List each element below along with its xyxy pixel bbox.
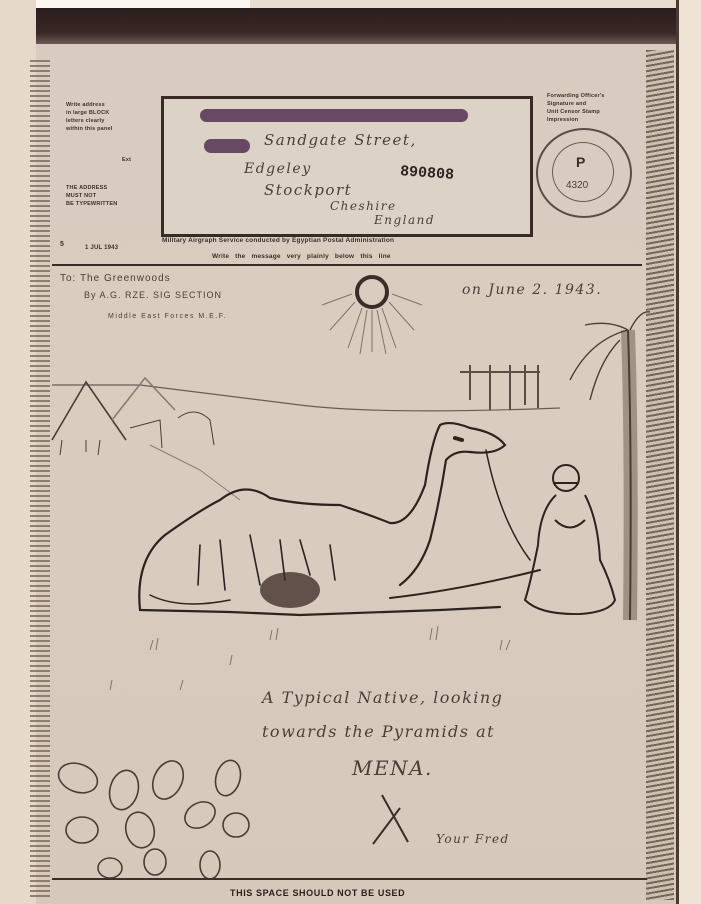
camel-icon — [139, 423, 540, 615]
seated-native-icon — [525, 465, 615, 614]
kiss-mark — [373, 795, 408, 844]
bottom-note: THIS SPACE SHOULD NOT BE USED — [230, 888, 405, 898]
desert-illustration — [0, 0, 701, 904]
cactus-icon — [54, 756, 249, 879]
palm-tree-icon — [570, 312, 650, 620]
pyramids-icon — [52, 378, 240, 500]
distant-trees-icon — [460, 365, 540, 410]
message-line-2: towards the Pyramids at — [262, 722, 495, 741]
message-line-3: MENA. — [352, 756, 433, 780]
message-line-1: A Typical Native, looking — [262, 688, 503, 707]
signoff: Your Fred — [436, 832, 510, 846]
message-bottom-rule — [52, 878, 647, 880]
horizon-line — [52, 385, 560, 411]
sun-icon — [322, 277, 422, 354]
grass-tufts-icon — [110, 626, 510, 690]
